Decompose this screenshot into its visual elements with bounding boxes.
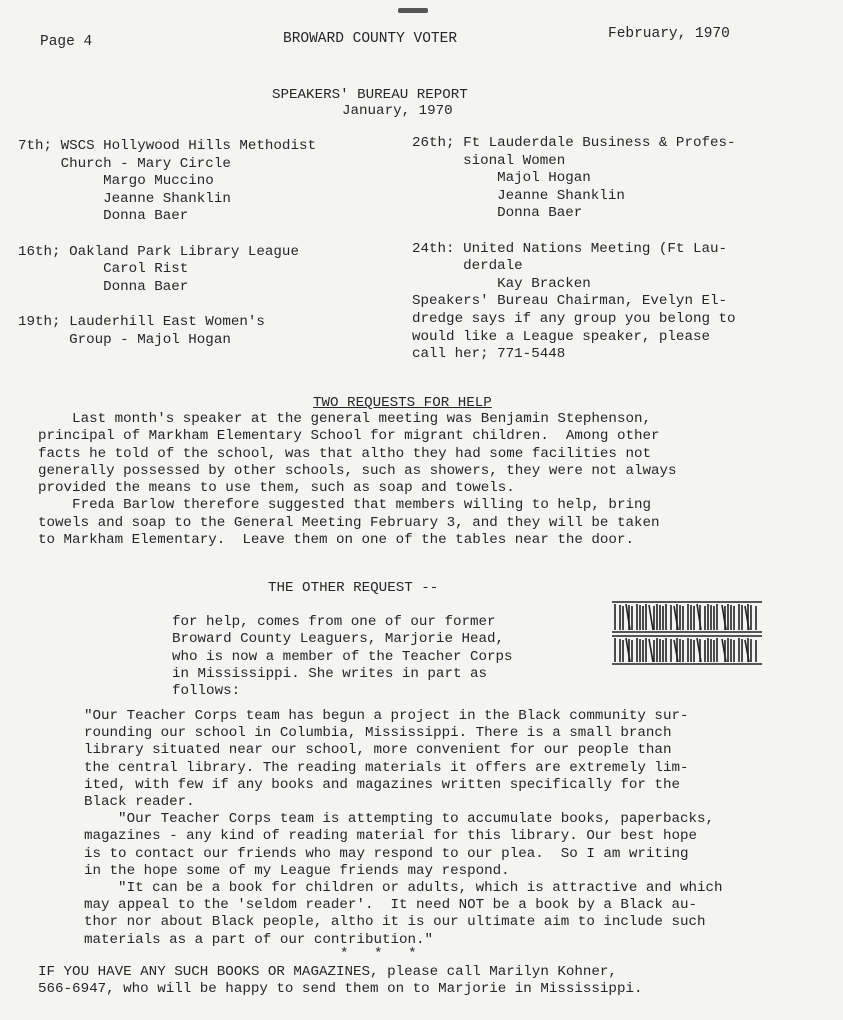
paragraph-line: in Mississippi. She writes in part as (172, 666, 513, 683)
speaker-entry-line: 16th; Oakland Park Library League (18, 244, 316, 262)
quote-line: magazines - any kind of reading material… (84, 828, 723, 845)
speaker-entry-line: 24th: United Nations Meeting (Ft Lau- (412, 241, 736, 259)
speaker-entry-line: Carol Rist (18, 261, 316, 279)
page-number: Page 4 (40, 34, 92, 51)
speakers-right-column: 26th; Ft Lauderdale Business & Profes- s… (412, 135, 736, 364)
speaker-entry-line: Donna Baer (18, 279, 316, 297)
paragraph-line: Broward County Leaguers, Marjorie Head, (172, 631, 513, 648)
paragraph-line: 566-6947, who will be happy to send them… (38, 981, 643, 998)
issue-date: February, 1970 (608, 26, 730, 43)
speaker-entry-line: dredge says if any group you belong to (412, 311, 736, 329)
speaker-entry-line (18, 226, 316, 244)
speaker-entry-line: call her; 771-5448 (412, 346, 736, 364)
paragraph-line: for help, comes from one of our former (172, 614, 513, 631)
other-request-heading: THE OTHER REQUEST -- (268, 580, 438, 597)
report-title: SPEAKERS' BUREAU REPORT (272, 87, 468, 104)
two-requests-body: Last month's speaker at the general meet… (38, 411, 677, 549)
paragraph-line: Freda Barlow therefore suggested that me… (38, 497, 677, 514)
speaker-entry-line: 7th; WSCS Hollywood Hills Methodist (18, 138, 316, 156)
quote-line: in the hope some of my League friends ma… (84, 863, 723, 880)
report-subtitle: January, 1970 (342, 103, 453, 120)
bookshelf-icon (612, 600, 762, 666)
paragraph-line: provided the means to use them, such as … (38, 480, 677, 497)
speaker-entry-line (412, 223, 736, 241)
paragraph-line: who is now a member of the Teacher Corps (172, 649, 513, 666)
newsletter-page: Page 4 BROWARD COUNTY VOTER February, 19… (0, 0, 843, 1020)
speakers-left-column: 7th; WSCS Hollywood Hills Methodist Chur… (18, 138, 316, 349)
quote-line: "Our Teacher Corps team is attempting to… (84, 811, 723, 828)
quote-line: the central library. The reading materia… (84, 760, 723, 777)
speaker-entry-line: Group - Majol Hogan (18, 332, 316, 350)
paragraph-line: IF YOU HAVE ANY SUCH BOOKS OR MAGAZINES,… (38, 964, 643, 981)
speaker-entry-line: would like a League speaker, please (412, 329, 736, 347)
closing-request: IF YOU HAVE ANY SUCH BOOKS OR MAGAZINES,… (38, 964, 643, 999)
quote-line: is to contact our friends who may respon… (84, 846, 723, 863)
section-separator: * * * (340, 946, 417, 963)
speaker-entry-line: 26th; Ft Lauderdale Business & Profes- (412, 135, 736, 153)
quote-line: ited, with few if any books and magazine… (84, 777, 723, 794)
quote-line: "It can be a book for children or adults… (84, 880, 723, 897)
quote-line: Black reader. (84, 794, 723, 811)
paragraph-line: Last month's speaker at the general meet… (38, 411, 677, 428)
paragraph-line: principal of Markham Elementary School f… (38, 428, 677, 445)
speaker-entry-line (18, 296, 316, 314)
speaker-entry-line: Margo Muccino (18, 173, 316, 191)
speaker-entry-line: Church - Mary Circle (18, 156, 316, 174)
speaker-entry-line: Majol Hogan (412, 170, 736, 188)
paragraph-line: follows: (172, 683, 513, 700)
speaker-entry-line: Jeanne Shanklin (18, 191, 316, 209)
paragraph-line: generally possessed by other schools, su… (38, 463, 677, 480)
other-request-intro: for help, comes from one of our formerBr… (172, 614, 513, 700)
speaker-entry-line: Donna Baer (412, 205, 736, 223)
quote-line: may appeal to the 'seldom reader'. It ne… (84, 897, 723, 914)
speaker-entry-line: Kay Bracken (412, 276, 736, 294)
paragraph-line: to Markham Elementary. Leave them on one… (38, 532, 677, 549)
quote-line: thor nor about Black people, altho it is… (84, 914, 723, 931)
speaker-entry-line: Jeanne Shanklin (412, 188, 736, 206)
speaker-entry-line: Donna Baer (18, 208, 316, 226)
speaker-entry-line: Speakers' Bureau Chairman, Evelyn El- (412, 293, 736, 311)
staple-mark (398, 8, 428, 13)
paragraph-line: facts he told of the school, was that al… (38, 446, 677, 463)
quote-line: library situated near our school, more c… (84, 742, 723, 759)
publication-title: BROWARD COUNTY VOTER (283, 31, 457, 48)
quote-line: rounding our school in Columbia, Mississ… (84, 725, 723, 742)
quote-line: "Our Teacher Corps team has begun a proj… (84, 708, 723, 725)
speaker-entry-line: sional Women (412, 153, 736, 171)
letter-quote: "Our Teacher Corps team has begun a proj… (84, 708, 723, 949)
speaker-entry-line: 19th; Lauderhill East Women's (18, 314, 316, 332)
speaker-entry-line: derdale (412, 258, 736, 276)
paragraph-line: towels and soap to the General Meeting F… (38, 515, 677, 532)
two-requests-heading: TWO REQUESTS FOR HELP (313, 395, 492, 412)
